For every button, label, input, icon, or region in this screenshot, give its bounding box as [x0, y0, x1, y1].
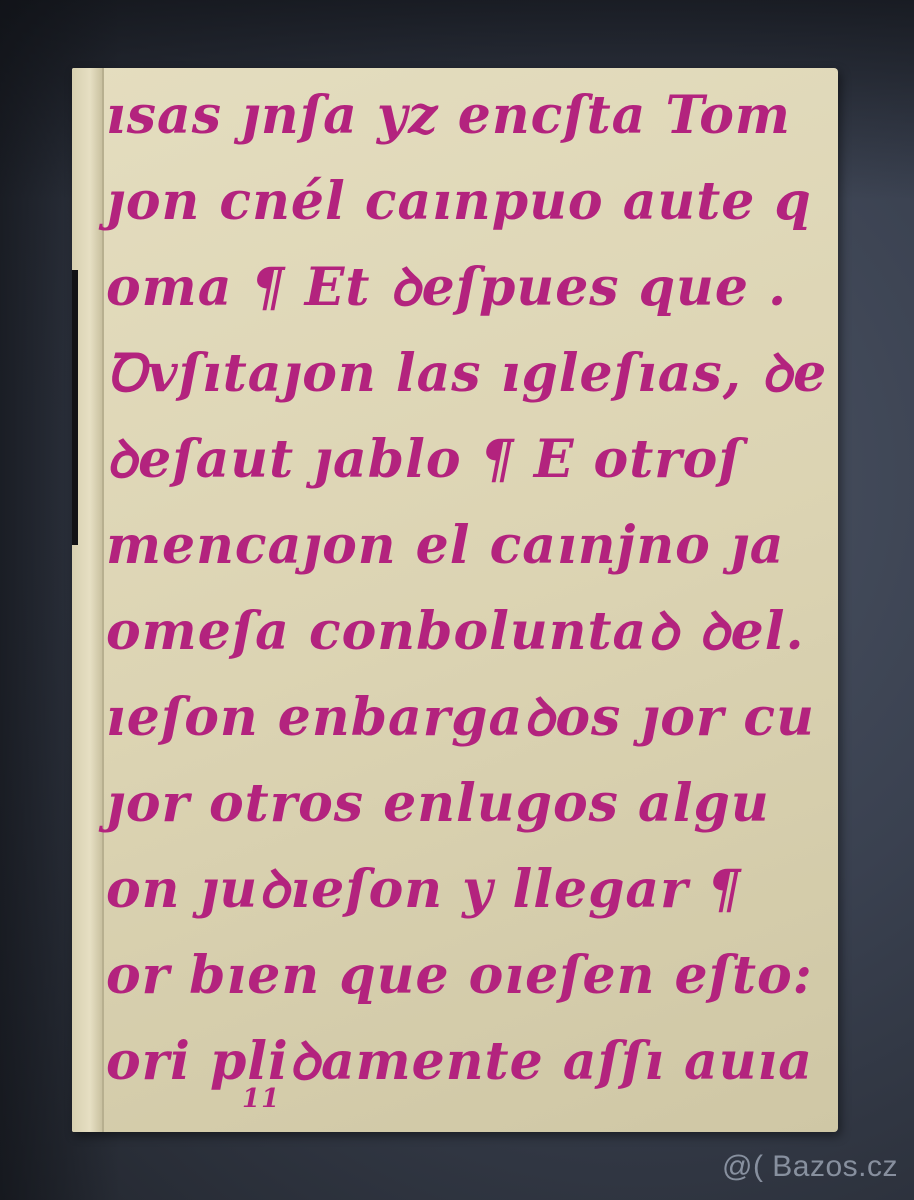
script-line: mencaȷon el caınjno ȷa — [106, 520, 784, 572]
watermark: @( Bazos.cz — [722, 1150, 898, 1184]
page-mark: 11 — [242, 1086, 280, 1112]
book-cover: ısas ȷnſa yz encſta Tom ȷon cnél caınpuo… — [72, 68, 838, 1132]
script-line: ȷon cnél caınpuo aute q — [106, 176, 812, 228]
spine-label — [72, 270, 78, 545]
script-line: oma ¶ Et ꝺeſpues que . — [106, 262, 787, 314]
spine-hinge — [72, 68, 104, 1132]
script-line: ori pliꝺamente aſſı auıa — [106, 1036, 813, 1088]
manuscript-text: ısas ȷnſa yz encſta Tom ȷon cnél caınpuo… — [102, 76, 838, 1132]
script-line: omeſa conboluntaꝺ ꝺel. — [106, 606, 805, 658]
script-line: ꝺeſaut ȷablo ¶ E otroſ — [106, 434, 742, 486]
script-line: on ȷuꝺıeſon y llegar ¶ — [106, 864, 742, 916]
script-line: ısas ȷnſa yz encſta Tom — [106, 90, 791, 142]
script-line: ȷor otros enlugos algu — [106, 778, 770, 830]
script-line: Ꝺvſıtaȷon las ıgleſıas, ꝺe — [106, 348, 827, 400]
script-line: or bıen que oıeſen eſto: — [106, 950, 813, 1002]
script-line: ıeſon enbargaꝺos ȷor cu — [106, 692, 815, 744]
